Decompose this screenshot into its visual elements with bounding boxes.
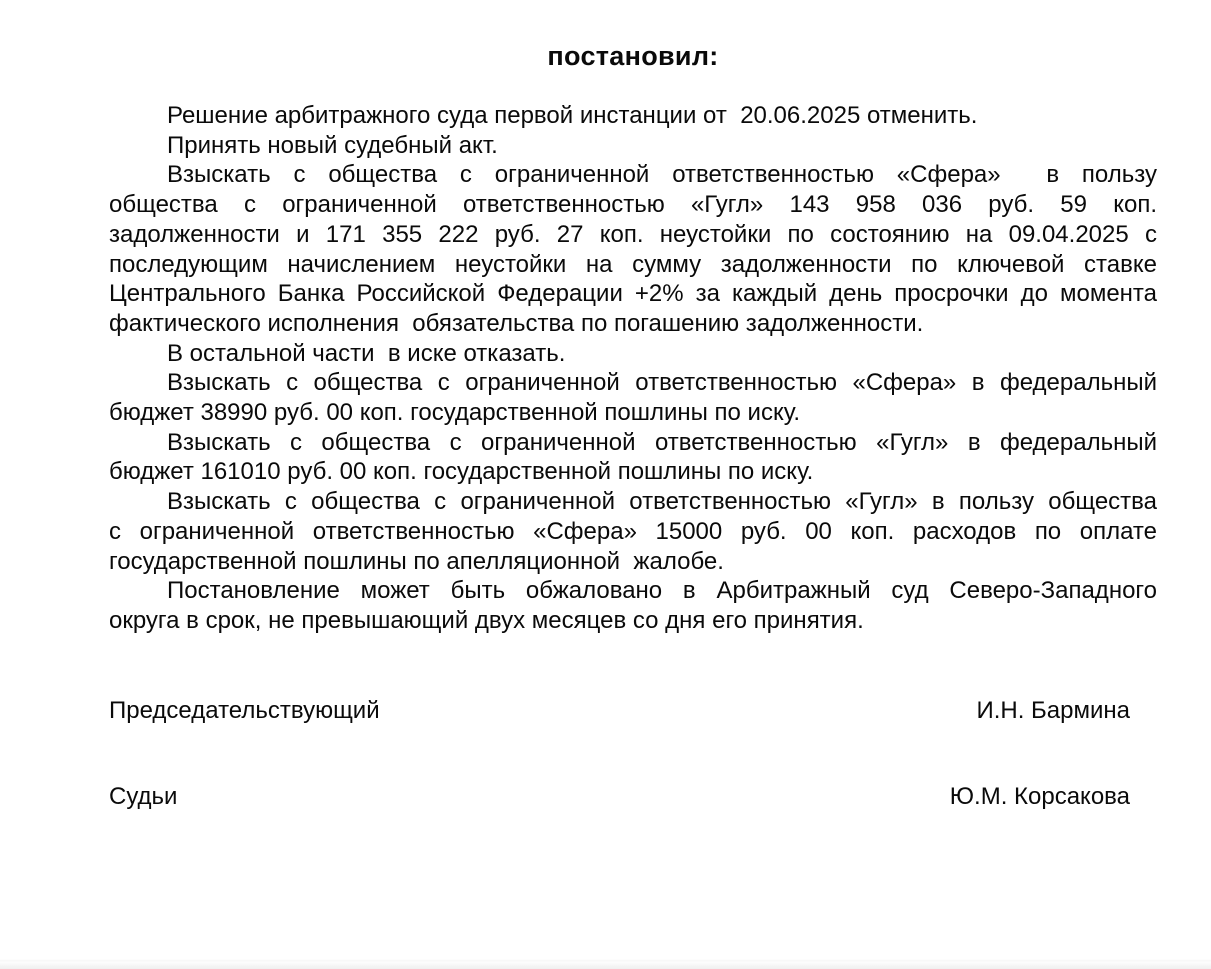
viewer-bottom-edge xyxy=(0,957,1211,969)
paragraph: В остальной части в иске отказать. xyxy=(109,339,1157,369)
document-line: Взыскать с общества с ограниченной ответ… xyxy=(109,368,1157,398)
document-line: Взыскать с общества с ограниченной ответ… xyxy=(109,428,1157,458)
document-line: последующим начислением неустойки на сум… xyxy=(109,250,1157,280)
document-line: Постановление может быть обжаловано в Ар… xyxy=(109,576,1157,606)
document-body: Решение арбитражного суда первой инстанц… xyxy=(109,101,1157,636)
document-line: Центрального Банка Российской Федерации … xyxy=(109,279,1157,309)
signature-row: Судьи Ю.М. Корсакова xyxy=(109,782,1157,812)
paragraph: Постановление может быть обжаловано в Ар… xyxy=(109,576,1157,635)
paragraph: Взыскать с общества с ограниченной ответ… xyxy=(109,368,1157,427)
paragraph: Решение арбитражного суда первой инстанц… xyxy=(109,101,1157,131)
document-line: общества с ограниченной ответственностью… xyxy=(109,190,1157,220)
document-line: бюджет 38990 руб. 00 коп. государственно… xyxy=(109,398,1157,428)
document-line: задолженности и 171 355 222 руб. 27 коп.… xyxy=(109,220,1157,250)
document-line: бюджет 161010 руб. 00 коп. государственн… xyxy=(109,457,1157,487)
paragraph: Взыскать с общества с ограниченной ответ… xyxy=(109,160,1157,338)
signature-role: Судьи xyxy=(109,782,177,812)
document-line: Решение арбитражного суда первой инстанц… xyxy=(109,101,1157,131)
signature-row: Председательствующий И.Н. Бармина xyxy=(109,696,1157,726)
resolution-heading: постановил: xyxy=(109,40,1157,72)
signature-block: Председательствующий И.Н. Бармина Судьи … xyxy=(109,696,1157,812)
signature-name: И.Н. Бармина xyxy=(976,696,1130,726)
paragraph: Принять новый судебный акт. xyxy=(109,131,1157,161)
signature-role: Председательствующий xyxy=(109,696,380,726)
document-line: округа в срок, не превышающий двух месяц… xyxy=(109,606,1157,636)
document-page: постановил: Решение арбитражного суда пе… xyxy=(0,0,1211,969)
paragraph: Взыскать с общества с ограниченной ответ… xyxy=(109,487,1157,576)
document-line: Взыскать с общества с ограниченной ответ… xyxy=(109,160,1157,190)
document-line: государственной пошлины по апелляционной… xyxy=(109,547,1157,577)
document-line: Взыскать с общества с ограниченной ответ… xyxy=(109,487,1157,517)
document-line: фактического исполнения обязательства по… xyxy=(109,309,1157,339)
document-line: с ограниченной ответственностью «Сфера» … xyxy=(109,517,1157,547)
paragraph: Взыскать с общества с ограниченной ответ… xyxy=(109,428,1157,487)
document-line: Принять новый судебный акт. xyxy=(109,131,1157,161)
signature-name: Ю.М. Корсакова xyxy=(950,782,1130,812)
document-line: В остальной части в иске отказать. xyxy=(109,339,1157,369)
